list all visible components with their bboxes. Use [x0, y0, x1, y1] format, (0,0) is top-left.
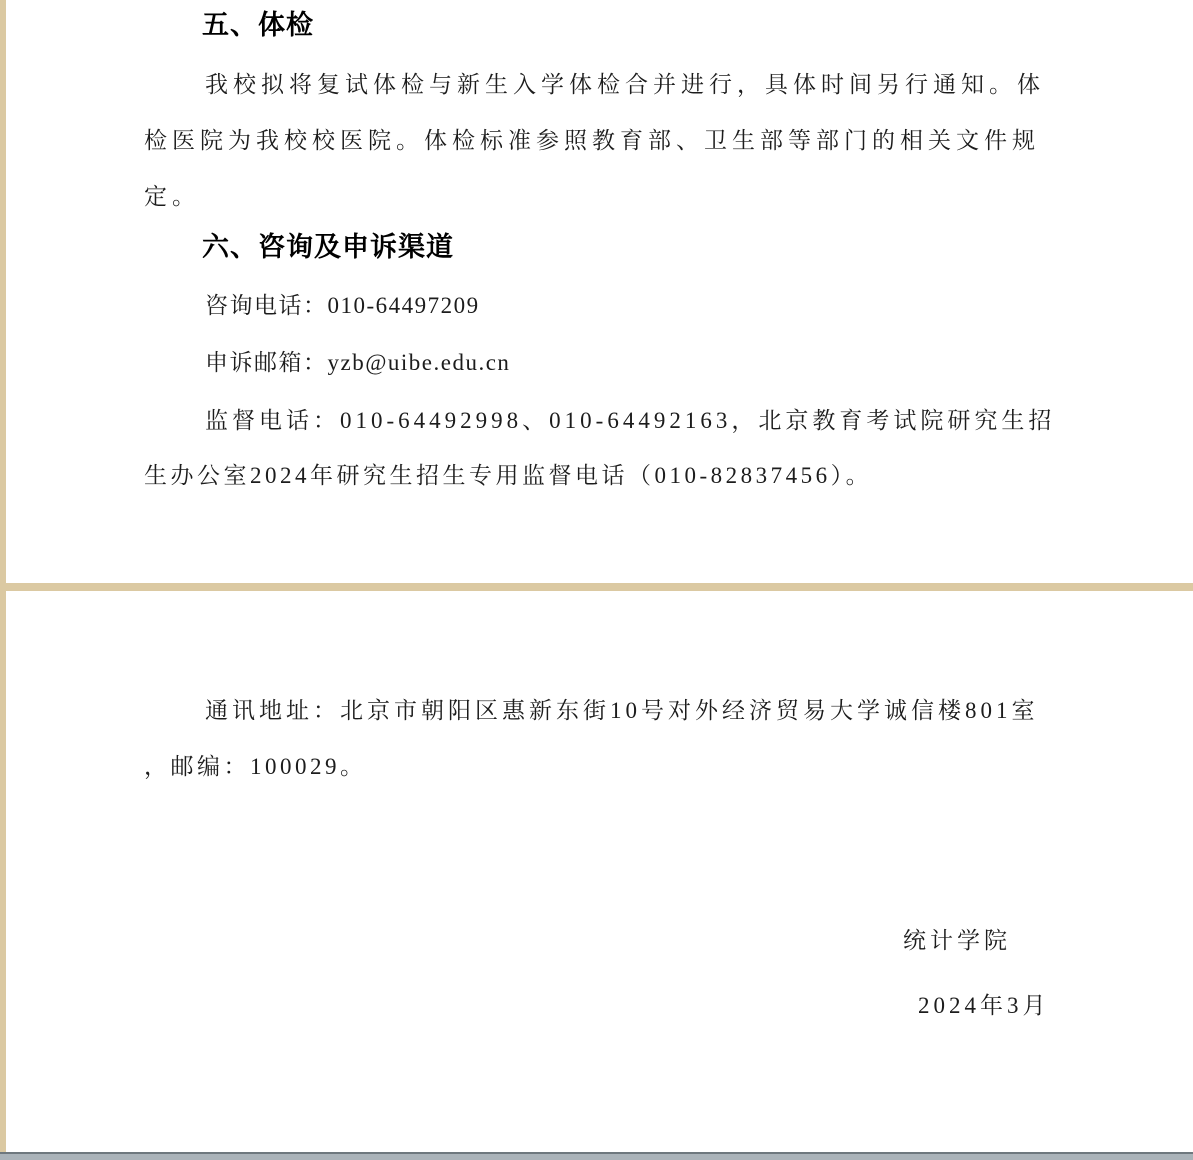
section-5-paragraph-line-1: 我校拟将复试体检与新生入学体检合并进行，具体时间另行通知。体 — [205, 70, 1045, 100]
appeal-email-line: 申诉邮箱：yzb@uibe.edu.cn — [205, 348, 510, 378]
mailing-address-line-1: 通讯地址：北京市朝阳区惠新东街10号对外经济贸易大学诚信楼801室 — [205, 696, 1039, 726]
supervision-phone-line-2: 生办公室2024年研究生招生专用监督电话（010-82837456）。 — [144, 461, 872, 491]
page-gap-divider — [0, 583, 1193, 591]
signature-date: 2024年3月 — [918, 991, 1050, 1021]
signature-school: 统计学院 — [903, 926, 1011, 956]
section-5-paragraph-line-2: 检医院为我校校医院。体检标准参照教育部、卫生部等部门的相关文件规 — [144, 126, 1040, 156]
mailing-address-line-2: ，邮编：100029。 — [144, 752, 367, 782]
supervision-phone-line-1: 监督电话：010-64492998、010-64492163，北京教育考试院研究… — [205, 406, 1055, 436]
consult-phone-line: 咨询电话：010-64497209 — [205, 291, 480, 321]
horizontal-scrollbar[interactable] — [0, 1152, 1193, 1160]
section-6-heading: 六、咨询及申诉渠道 — [202, 232, 454, 262]
section-5-heading: 五、体检 — [202, 10, 314, 40]
section-5-paragraph-line-3: 定。 — [144, 182, 200, 212]
document-viewer: { "colors": { "page_background": "#fffff… — [0, 0, 1193, 1160]
left-page-edge — [0, 0, 6, 1160]
